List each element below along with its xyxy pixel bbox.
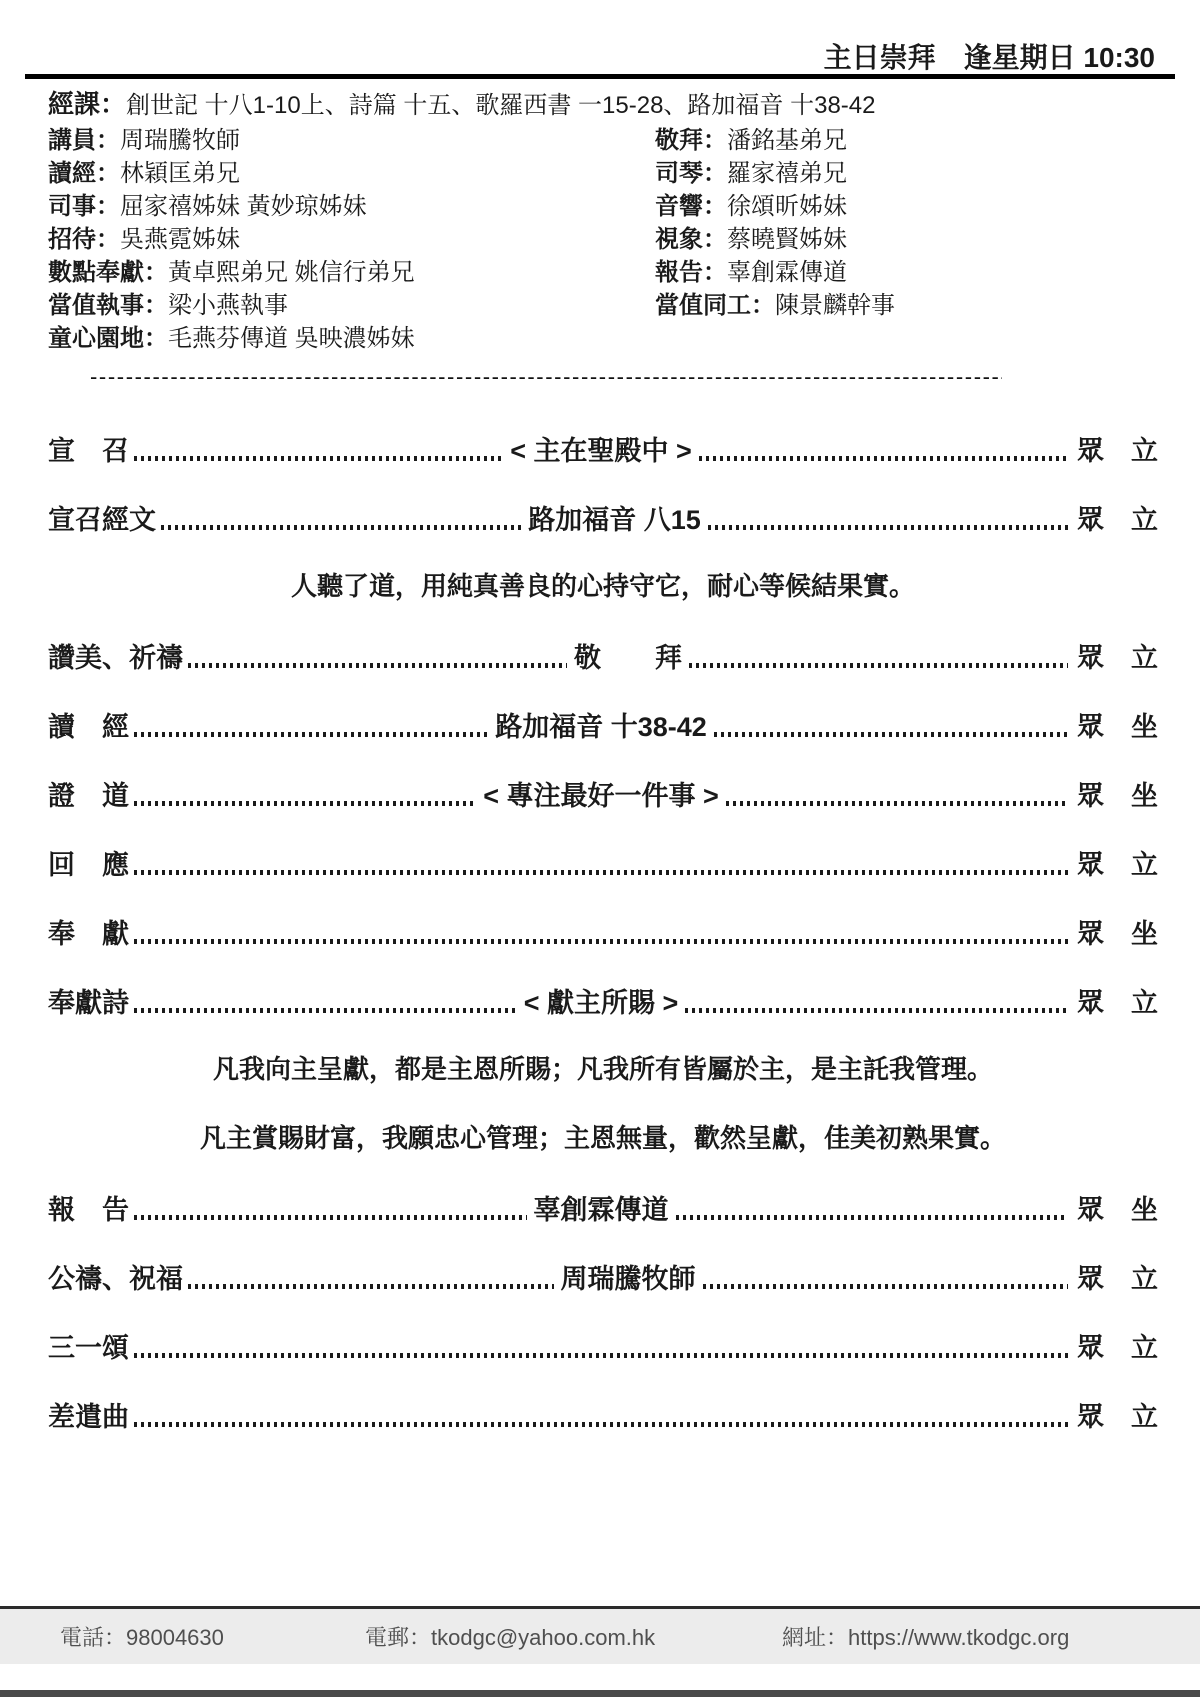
info-line: 音響：徐頌昕姊妹	[655, 190, 1160, 223]
congregation-posture: 眾 立	[1077, 1257, 1158, 1296]
order-row: 公禱、祝福周瑞騰牧師眾 立	[48, 1256, 1158, 1296]
dotted-leader	[134, 870, 1068, 875]
order-row: 差遣曲眾 立	[48, 1394, 1158, 1434]
order-row: 讀 經路加福音 十38-42眾 坐	[48, 704, 1158, 744]
order-row: 回 應眾 立	[48, 842, 1158, 882]
info-column-left: 講員：周瑞騰牧師讀經：林穎匡弟兄司事：屈家禧姊妹 黃妙琼姊妹招待：吳燕霓姊妹數點…	[48, 124, 655, 355]
info-line: 司事：屈家禧姊妹 黃妙琼姊妹	[48, 190, 655, 223]
dotted-leader	[134, 732, 488, 737]
congregation-posture: 眾 立	[1077, 981, 1158, 1020]
dotted-leader	[676, 1215, 1069, 1220]
info-line: 講員：周瑞騰牧師	[48, 124, 655, 157]
info-grid: 講員：周瑞騰牧師讀經：林穎匡弟兄司事：屈家禧姊妹 黃妙琼姊妹招待：吳燕霓姊妹數點…	[48, 124, 1160, 355]
dotted-leader	[134, 1215, 527, 1220]
footer-bar: 電話：98004630 電郵：tkodgc@yahoo.com.hk 網址：ht…	[0, 1606, 1200, 1664]
congregation-posture: 眾 立	[1077, 1326, 1158, 1365]
page-title: 主日崇拜 逢星期日 10:30	[824, 36, 1155, 76]
info-label: 童心園地：	[48, 325, 168, 352]
order-center-text: 路加福音 八15	[526, 498, 703, 537]
order-row: 報 告辜創霖傳道眾 坐	[48, 1187, 1158, 1227]
info-value: 陳景麟幹事	[775, 292, 895, 319]
dotted-leader	[134, 801, 476, 806]
dotted-leader	[726, 801, 1068, 806]
info-label: 招待：	[48, 226, 120, 253]
info-label: 讀經：	[48, 160, 120, 187]
dotted-leader	[134, 456, 503, 461]
dotted-leader	[699, 456, 1068, 461]
congregation-posture: 眾 立	[1077, 636, 1158, 675]
order-item-label: 奉獻詩	[48, 981, 129, 1020]
info-label: 報告：	[655, 259, 727, 286]
congregation-posture: 眾 坐	[1077, 912, 1158, 951]
dashed-separator: ----------------------------------------…	[90, 364, 1002, 394]
order-row: 讚美、祈禱敬 拜眾 立	[48, 635, 1158, 675]
lectionary-value: 創世記 十八1-10上、詩篇 十五、歌羅西書 一15-28、路加福音 十38-4…	[126, 92, 875, 119]
info-label: 敬拜：	[655, 127, 727, 154]
info-value: 吳燕霓姊妹	[120, 226, 240, 253]
order-center-text: 周瑞騰牧師	[559, 1257, 698, 1296]
info-line: 童心園地：毛燕芬傳道 吳映濃姊妹	[48, 322, 655, 355]
congregation-posture: 眾 坐	[1077, 705, 1158, 744]
dotted-leader	[714, 732, 1068, 737]
info-value: 梁小燕執事	[168, 292, 288, 319]
info-value: 徐頌昕姊妹	[727, 193, 847, 220]
order-item-label: 報 告	[48, 1188, 129, 1227]
bottom-edge-bar	[0, 1690, 1200, 1697]
congregation-posture: 眾 立	[1077, 429, 1158, 468]
dotted-leader	[685, 1008, 1068, 1013]
bulletin-page: 主日崇拜 逢星期日 10:30 經課：創世記 十八1-10上、詩篇 十五、歌羅西…	[0, 0, 1200, 1697]
info-line: 數點奉獻：黃卓熙弟兄 姚信行弟兄	[48, 256, 655, 289]
info-line: 當值同工：陳景麟幹事	[655, 289, 1160, 322]
info-label: 當值執事：	[48, 292, 168, 319]
order-center-text: 敬 拜	[572, 636, 684, 675]
dotted-leader	[134, 1008, 517, 1013]
order-item-label: 讚美、祈禱	[48, 636, 183, 675]
congregation-posture: 眾 坐	[1077, 774, 1158, 813]
info-line: 報告：辜創霖傳道	[655, 256, 1160, 289]
order-item-label: 奉 獻	[48, 912, 129, 951]
order-row: 三一頌眾 立	[48, 1325, 1158, 1365]
order-item-label: 宣召經文	[48, 498, 156, 537]
dotted-leader	[188, 663, 567, 668]
info-value: 屈家禧姊妹 黃妙琼姊妹	[120, 193, 367, 220]
dotted-leader	[134, 939, 1068, 944]
order-center-text: < 專注最好一件事 >	[481, 774, 721, 813]
service-info-block: 經課：創世記 十八1-10上、詩篇 十五、歌羅西書 一15-28、路加福音 十3…	[48, 86, 1160, 355]
info-value: 周瑞騰牧師	[120, 127, 240, 154]
footer-phone: 電話：98004630	[60, 1621, 365, 1652]
congregation-posture: 眾 立	[1077, 1395, 1158, 1434]
order-center-text: < 主在聖殿中 >	[508, 429, 694, 468]
info-label: 當值同工：	[655, 292, 775, 319]
order-note: 凡主賞賜財富，我願忠心管理；主恩無量，歡然呈獻，佳美初熟果實。	[48, 1118, 1158, 1158]
order-item-label: 差遣曲	[48, 1395, 129, 1434]
info-label: 視象：	[655, 226, 727, 253]
info-line: 視象：蔡曉賢姊妹	[655, 223, 1160, 256]
info-label: 司琴：	[655, 160, 727, 187]
order-item-label: 回 應	[48, 843, 129, 882]
info-value: 林穎匡弟兄	[120, 160, 240, 187]
lectionary-line: 經課：創世記 十八1-10上、詩篇 十五、歌羅西書 一15-28、路加福音 十3…	[48, 86, 1160, 124]
info-value: 羅家禧弟兄	[727, 160, 847, 187]
dotted-leader	[188, 1284, 554, 1289]
info-value: 蔡曉賢姊妹	[727, 226, 847, 253]
order-center-text: 路加福音 十38-42	[493, 705, 709, 744]
info-line: 讀經：林穎匡弟兄	[48, 157, 655, 190]
order-center-text: 辜創霖傳道	[532, 1188, 671, 1227]
info-label: 司事：	[48, 193, 120, 220]
dotted-leader	[708, 525, 1068, 530]
order-item-label: 宣 召	[48, 429, 129, 468]
dotted-leader	[689, 663, 1068, 668]
order-item-label: 公禱、祝福	[48, 1257, 183, 1296]
order-row: 奉獻詩< 獻主所賜 >眾 立	[48, 980, 1158, 1020]
info-value: 毛燕芬傳道 吳映濃姊妹	[168, 325, 415, 352]
footer-email: 電郵：tkodgc@yahoo.com.hk	[365, 1621, 782, 1652]
order-item-label: 讀 經	[48, 705, 129, 744]
order-of-worship: 宣 召< 主在聖殿中 >眾 立宣召經文路加福音 八15眾 立人聽了道，用純真善良…	[48, 428, 1158, 1434]
order-note: 人聽了道，用純真善良的心持守它，耐心等候結果實。	[48, 566, 1158, 606]
info-line: 當值執事：梁小燕執事	[48, 289, 655, 322]
dotted-leader	[134, 1353, 1068, 1358]
order-row: 宣 召< 主在聖殿中 >眾 立	[48, 428, 1158, 468]
order-note: 凡我向主呈獻，都是主恩所賜；凡我所有皆屬於主，是主託我管理。	[48, 1049, 1158, 1089]
info-label: 音響：	[655, 193, 727, 220]
info-value: 辜創霖傳道	[727, 259, 847, 286]
order-item-label: 三一頌	[48, 1326, 129, 1365]
dotted-leader	[703, 1284, 1069, 1289]
info-column-right: 敬拜：潘銘基弟兄司琴：羅家禧弟兄音響：徐頌昕姊妹視象：蔡曉賢姊妹報告：辜創霖傳道…	[655, 124, 1160, 355]
info-line: 司琴：羅家禧弟兄	[655, 157, 1160, 190]
order-row: 宣召經文路加福音 八15眾 立	[48, 497, 1158, 537]
header-rule	[25, 74, 1175, 79]
info-label: 數點奉獻：	[48, 259, 168, 286]
info-line: 招待：吳燕霓姊妹	[48, 223, 655, 256]
order-item-label: 證 道	[48, 774, 129, 813]
info-value: 黃卓熙弟兄 姚信行弟兄	[168, 259, 415, 286]
info-label: 講員：	[48, 127, 120, 154]
order-row: 證 道< 專注最好一件事 >眾 坐	[48, 773, 1158, 813]
order-row: 奉 獻眾 坐	[48, 911, 1158, 951]
dotted-leader	[161, 525, 521, 530]
congregation-posture: 眾 立	[1077, 498, 1158, 537]
info-line: 敬拜：潘銘基弟兄	[655, 124, 1160, 157]
dotted-leader	[134, 1422, 1068, 1427]
order-center-text: < 獻主所賜 >	[522, 981, 681, 1020]
footer-website: 網址：https://www.tkodgc.org	[782, 1621, 1155, 1652]
congregation-posture: 眾 坐	[1077, 1188, 1158, 1227]
info-value: 潘銘基弟兄	[727, 127, 847, 154]
lectionary-label: 經課：	[48, 89, 126, 119]
congregation-posture: 眾 立	[1077, 843, 1158, 882]
